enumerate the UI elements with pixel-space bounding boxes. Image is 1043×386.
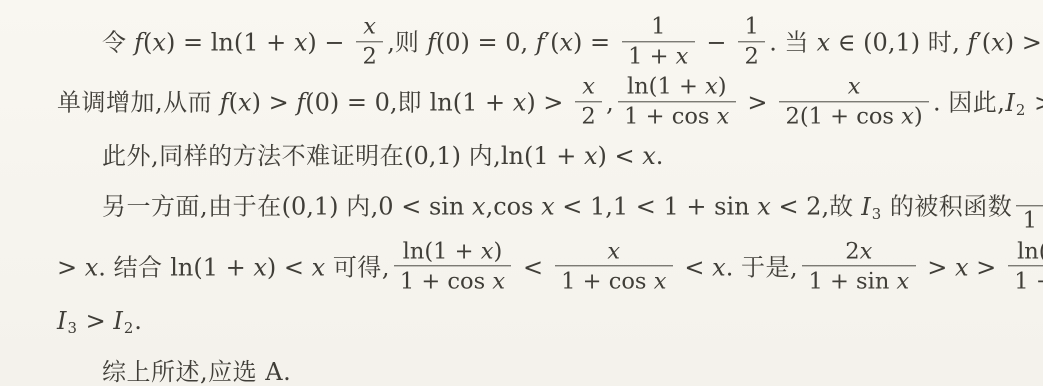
fraction-numerator: ln(1 + x) — [618, 75, 736, 103]
fraction-numerator: x — [575, 75, 602, 103]
math-symbol: (0) = 0, — [305, 89, 397, 117]
chinese-text: 综上所述,应选 A. — [102, 358, 291, 386]
text-line-6: I3 > I2. — [57, 302, 1015, 347]
math-run: , — [382, 253, 390, 281]
math-symbol: 2 — [362, 43, 376, 69]
chinese-text: 内 — [346, 193, 371, 221]
math-run: I3 > I2. — [57, 307, 142, 335]
math-symbol: (1 + — [649, 74, 705, 100]
math-fraction: ln(1 + x)1 + cos x — [1008, 239, 1043, 293]
math-subscript: 3 — [67, 319, 76, 337]
math-symbol — [709, 103, 716, 129]
math-variable: x — [991, 29, 1005, 57]
math-symbol: (1 + — [424, 238, 480, 264]
math-run: > x. — [57, 253, 114, 281]
math-symbol — [464, 193, 472, 221]
math-variable: x — [152, 29, 166, 57]
math-symbol: 2 — [744, 43, 758, 69]
text-line-2: 单调增加,从而 f(x) > f(0) = 0,即 ln(1 + x) > x2… — [57, 77, 1015, 131]
chinese-text: 时 — [928, 29, 953, 57]
math-symbol: ′( — [545, 29, 560, 57]
math-symbol: 1 + — [1023, 208, 1043, 234]
math-function-name: cos — [609, 268, 647, 294]
math-symbol — [485, 268, 492, 294]
math-variable: x — [955, 253, 969, 281]
chinese-text: 的被积函数 — [890, 193, 1013, 221]
math-symbol: > — [740, 89, 775, 117]
math-symbol: ∈ (0,1) — [830, 29, 928, 57]
text-line-5: > x. 结合 ln(1 + x) < x 可得,ln(1 + x)1 + co… — [57, 242, 1015, 296]
math-symbol: 1 + — [628, 43, 676, 69]
math-symbol: ) > — [526, 89, 571, 117]
math-symbol — [127, 29, 135, 57]
math-symbol: (1 + — [193, 253, 253, 281]
fraction-numerator: ln(1 + x) — [394, 239, 512, 267]
math-variable: x — [712, 253, 726, 281]
chinese-text: 可得 — [333, 253, 382, 281]
math-symbol: , — [387, 29, 395, 57]
math-variable: x — [472, 193, 486, 221]
math-fraction: x1 + cos x — [555, 239, 673, 293]
math-symbol: (0,1) — [282, 193, 347, 221]
math-variable: x — [312, 253, 326, 281]
math-run: ,ln(1 + x) < x. — [493, 142, 663, 170]
math-run: . — [769, 29, 784, 57]
math-run: x ∈ (0,1) — [809, 29, 928, 57]
math-fraction: x2(1 + cos x) — [779, 75, 929, 129]
math-symbol — [809, 29, 817, 57]
math-run: f(x) > f(0) = 0, — [212, 89, 397, 117]
math-symbol: < — [515, 253, 550, 281]
math-variable: x — [541, 193, 555, 221]
math-variable: x — [513, 89, 527, 117]
fraction-numerator: 1 — [738, 14, 765, 42]
chinese-text: 即 — [397, 89, 422, 117]
math-symbol: 1 — [651, 13, 665, 39]
document-body: 令 f(x) = ln(1 + x) − x2,则 f(0) = 0, f′(x… — [57, 17, 1015, 386]
math-function-name: sin — [429, 193, 464, 221]
math-variable: x — [860, 238, 873, 264]
math-symbol: (1 + — [234, 29, 294, 57]
math-variable: x — [757, 193, 771, 221]
math-run: , — [387, 29, 395, 57]
math-run: > x > — [920, 253, 1004, 281]
math-variable: x — [85, 253, 99, 281]
math-symbol: ,0 < — [371, 193, 429, 221]
math-symbol: < 1,1 < 1 + — [555, 193, 715, 221]
math-run: . — [933, 89, 948, 117]
math-variable: f — [220, 89, 229, 117]
math-function-name: ln — [403, 238, 425, 264]
math-symbol: . — [726, 253, 741, 281]
fraction-denominator: 1 + sin x — [1016, 206, 1043, 233]
chinese-text: 当 — [784, 29, 809, 57]
math-symbol: − — [699, 29, 734, 57]
math-variable: x — [817, 29, 831, 57]
math-subscript: 2 — [124, 319, 133, 337]
math-variable: x — [238, 89, 252, 117]
math-variable: x — [717, 103, 730, 129]
math-symbol: ) − — [307, 29, 352, 57]
math-symbol: 1 + — [624, 103, 672, 129]
math-variable: I — [1005, 89, 1014, 117]
fraction-denominator: 1 + cos x — [1008, 267, 1043, 294]
math-function-name: sin — [856, 268, 889, 294]
math-symbol: ) < — [598, 142, 643, 170]
math-variable: f — [296, 89, 305, 117]
math-symbol — [882, 193, 890, 221]
math-symbol — [325, 253, 333, 281]
math-fraction: 11 + x — [622, 14, 695, 68]
math-symbol: 2 — [581, 103, 595, 129]
chinese-text: 结合 — [114, 253, 163, 281]
math-symbol: ( — [143, 29, 152, 57]
math-variable: x — [848, 74, 861, 100]
math-symbol: (1 + — [1039, 238, 1043, 264]
math-symbol: > — [969, 253, 1004, 281]
math-fraction: x2 — [575, 75, 602, 129]
fraction-denominator: 1 + sin x — [802, 267, 915, 294]
math-symbol: ) > — [252, 89, 297, 117]
text-line-7: 综上所述,应选 A. — [57, 353, 1015, 386]
fraction-denominator: 1 + x — [622, 42, 695, 69]
math-variable: I — [57, 307, 66, 335]
math-symbol: ′( — [976, 29, 991, 57]
text-line-4: 另一方面,由于在(0,1) 内,0 < sin x,cos x < 1,1 < … — [57, 181, 1015, 235]
math-symbol: ( — [229, 89, 238, 117]
math-variable: x — [582, 74, 595, 100]
fraction-denominator: 2(1 + cos x) — [779, 102, 929, 129]
fraction-denominator: 1 + cos x — [618, 102, 736, 129]
math-symbol: . — [134, 307, 142, 335]
math-variable: x — [559, 29, 573, 57]
math-variable: x — [584, 142, 598, 170]
math-variable: I — [861, 193, 870, 221]
chinese-text: 则 — [395, 29, 420, 57]
fraction-numerator: x — [555, 239, 673, 267]
fraction-denominator: 1 + cos x — [394, 267, 512, 294]
math-symbol: ) — [493, 238, 502, 264]
fraction-numerator: x — [356, 14, 383, 42]
math-symbol: (0,1) — [404, 142, 469, 170]
math-function-name: ln — [430, 89, 453, 117]
math-fraction: 2x1 + sin x — [1016, 179, 1043, 233]
math-function-name: ln — [211, 29, 234, 57]
math-run: < x. — [677, 253, 741, 281]
math-variable: x — [481, 238, 494, 264]
math-fraction: 2x1 + sin x — [802, 239, 915, 293]
math-function-name: ln — [627, 74, 649, 100]
math-symbol: , — [606, 89, 614, 117]
math-symbol: ) = — [166, 29, 211, 57]
math-symbol: ) < — [267, 253, 312, 281]
math-symbol — [533, 193, 541, 221]
math-symbol — [419, 29, 427, 57]
math-symbol: (0) = 0, — [436, 29, 536, 57]
math-symbol: ) — [718, 74, 727, 100]
math-variable: x — [294, 29, 308, 57]
document-page: 令 f(x) = ln(1 + x) − x2,则 f(0) = 0, f′(x… — [0, 0, 1043, 386]
math-run: f(0) = 0, f′(x) = — [419, 29, 617, 57]
math-function-name: sin — [714, 193, 749, 221]
math-variable: x — [363, 13, 376, 39]
math-symbol: ) > 0, — [1005, 29, 1043, 57]
math-run: f(x) = ln(1 + x) − — [127, 29, 353, 57]
math-function-name: ln — [170, 253, 193, 281]
math-symbol: 1 + — [400, 268, 448, 294]
math-run: , — [606, 89, 614, 117]
math-symbol — [212, 89, 220, 117]
math-symbol: 1 + — [808, 268, 856, 294]
math-variable: x — [897, 268, 910, 294]
math-variable: x — [901, 103, 914, 129]
fraction-denominator: 2 — [356, 42, 383, 69]
math-symbol: , — [952, 29, 967, 57]
math-variable: x — [642, 142, 656, 170]
math-symbol: > — [57, 253, 85, 281]
math-symbol — [422, 89, 430, 117]
math-symbol: (1 + — [524, 142, 584, 170]
chinese-text: 于是, — [741, 253, 798, 281]
fraction-denominator: 2 — [575, 102, 602, 129]
math-symbol: . — [656, 142, 664, 170]
math-variable: x — [654, 268, 667, 294]
math-symbol: > — [1026, 89, 1043, 117]
math-variable: f — [427, 29, 436, 57]
math-run: < — [515, 253, 550, 281]
math-symbol: 1 + — [1014, 268, 1043, 294]
math-variable: x — [607, 238, 620, 264]
math-variable: x — [253, 253, 267, 281]
math-variable: x — [705, 74, 718, 100]
fraction-denominator: 2 — [738, 42, 765, 69]
fraction-numerator: 1 — [622, 14, 695, 42]
math-function-name: cos — [447, 268, 485, 294]
math-symbol: 2(1 + — [785, 103, 856, 129]
fraction-numerator: 2x — [802, 239, 915, 267]
math-symbol: > — [78, 307, 113, 335]
math-symbol — [894, 103, 901, 129]
math-run: ln(1 + x) > — [422, 89, 571, 117]
math-symbol: ) — [914, 103, 923, 129]
fraction-numerator: ln(1 + x) — [1008, 239, 1043, 267]
chinese-text: 内 — [469, 142, 494, 170]
math-run: (0,1) — [282, 193, 347, 221]
math-symbol — [647, 268, 654, 294]
text-line-3: 此外,同样的方法不难证明在(0,1) 内,ln(1 + x) < x. — [57, 137, 1015, 175]
chinese-text: 单调增加,从而 — [57, 89, 212, 117]
math-function-name: ln — [501, 142, 524, 170]
math-run: I3 — [854, 193, 890, 221]
math-run: − — [699, 29, 734, 57]
math-symbol: 1 — [744, 13, 758, 39]
chinese-text: 故 — [829, 193, 854, 221]
math-fraction: ln(1 + x)1 + cos x — [394, 239, 512, 293]
fraction-denominator: 1 + cos x — [555, 267, 673, 294]
math-symbol: , — [493, 142, 501, 170]
math-fraction: 12 — [738, 14, 765, 68]
math-function-name: ln — [1017, 238, 1039, 264]
math-fraction: x2 — [356, 14, 383, 68]
math-subscript: 2 — [1016, 101, 1025, 119]
fraction-numerator: x — [779, 75, 929, 103]
math-variable: f — [134, 29, 143, 57]
math-fraction: ln(1 + x)1 + cos x — [618, 75, 736, 129]
math-symbol: 1 + — [561, 268, 609, 294]
math-function-name: cos — [672, 103, 710, 129]
math-variable: I — [113, 307, 122, 335]
math-symbol: . — [98, 253, 113, 281]
math-run: (0,1) — [404, 142, 469, 170]
math-function-name: cos — [493, 193, 533, 221]
text-line-1: 令 f(x) = ln(1 + x) − x2,则 f(0) = 0, f′(x… — [57, 17, 1015, 71]
chinese-text: 另一方面,由于在 — [102, 193, 282, 221]
math-run: I2 > I1. — [1005, 89, 1043, 117]
math-variable: f — [536, 29, 545, 57]
math-symbol: > — [920, 253, 955, 281]
math-symbol: . — [933, 89, 948, 117]
math-symbol: < — [677, 253, 712, 281]
math-run: ,0 < sin x,cos x < 1,1 < 1 + sin x < 2, — [371, 193, 829, 221]
math-run: ln(1 + x) < x — [163, 253, 333, 281]
math-symbol: ) = — [573, 29, 618, 57]
math-run: , f′(x) > 0, f(x) — [952, 29, 1043, 57]
math-run: > — [740, 89, 775, 117]
math-symbol: , — [382, 253, 390, 281]
fraction-numerator: 2x — [1016, 179, 1043, 207]
chinese-text: 因此, — [948, 89, 1005, 117]
chinese-text: 令 — [102, 29, 127, 57]
math-variable: x — [492, 268, 505, 294]
math-symbol: (1 + — [453, 89, 513, 117]
math-variable: x — [676, 43, 689, 69]
chinese-text: 此外,同样的方法不难证明在 — [102, 142, 404, 170]
math-symbol: 2 — [845, 238, 859, 264]
math-subscript: 3 — [872, 205, 881, 223]
math-symbol: . — [769, 29, 784, 57]
math-symbol: < 2, — [771, 193, 829, 221]
math-function-name: cos — [856, 103, 894, 129]
